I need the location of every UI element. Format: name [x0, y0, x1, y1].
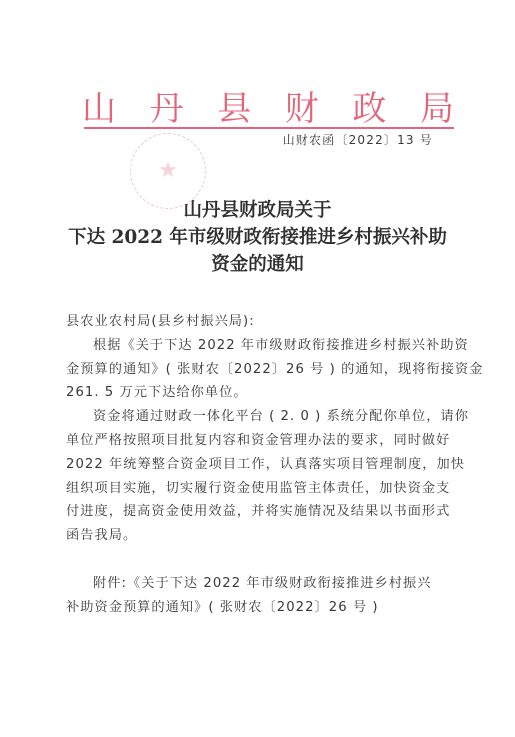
paragraph-2-line: 2022 年统筹整合资金项目工作，认真落实项目管理制度，加快 [66, 453, 454, 477]
document-title: 山丹县财政局关于 下达 2022 年市级财政衔接推进乡村振兴补助 资金的通知 [40, 197, 475, 278]
masthead-char: 财 [285, 90, 319, 128]
masthead-char: 局 [420, 90, 454, 128]
masthead-char: 丹 [150, 90, 184, 128]
paragraph-2-line: 付进度，提高资金使用效益，并将实施情况及结果以书面形式 [66, 500, 454, 524]
paragraph-2-line: 资金将通过财政一体化平台 ( 2. 0 ) 系统分配你单位，请你 [66, 405, 454, 429]
title-line-3: 资金的通知 [40, 251, 475, 278]
masthead-char: 县 [217, 90, 251, 128]
paragraph-spacer [66, 548, 454, 572]
red-separator-line [84, 127, 454, 129]
document-number: 山财农函〔2022〕13 号 [283, 132, 433, 148]
paragraph-2-line: 单位严格按照项目批复内容和资金管理办法的要求，同时做好 [66, 429, 454, 453]
paragraph-2-line: 组织项目实施，切实履行资金使用监管主体责任，加快资金支 [66, 477, 454, 501]
paragraph-2-line: 函告我局。 [66, 524, 454, 548]
salutation: 县农业农村局(县乡村振兴局): [66, 310, 454, 334]
document-page: 山 丹 县 财 政 局 山财农函〔2022〕13 号 ★ 山丹县财政局关于 下达… [0, 0, 515, 737]
masthead-issuer-name: 山 丹 县 财 政 局 [82, 88, 454, 128]
attachment-line: 补助资金预算的通知》( 张财农〔2022〕26 号 ) [66, 596, 454, 620]
seal-star-icon: ★ [158, 160, 178, 182]
document-body: 县农业农村局(县乡村振兴局): 根据《关于下达 2022 年市级财政衔接推进乡村… [66, 310, 454, 619]
masthead-char: 政 [352, 90, 386, 128]
paragraph-1-line: 根据《关于下达 2022 年市级财政衔接推进乡村振兴补助资 [66, 334, 454, 358]
paragraph-1-line: 金预算的通知》( 张财农〔2022〕26 号 ) 的通知，现将衔接资金 [66, 358, 454, 382]
title-line-2: 下达 2022 年市级财政衔接推进乡村振兴补助 [40, 224, 475, 251]
title-line-1: 山丹县财政局关于 [40, 197, 475, 224]
masthead-char: 山 [82, 90, 116, 128]
paragraph-1-line: 261. 5 万元下达给你单位。 [66, 381, 454, 405]
attachment-line: 附件:《关于下达 2022 年市级财政衔接推进乡村振兴 [66, 572, 454, 596]
